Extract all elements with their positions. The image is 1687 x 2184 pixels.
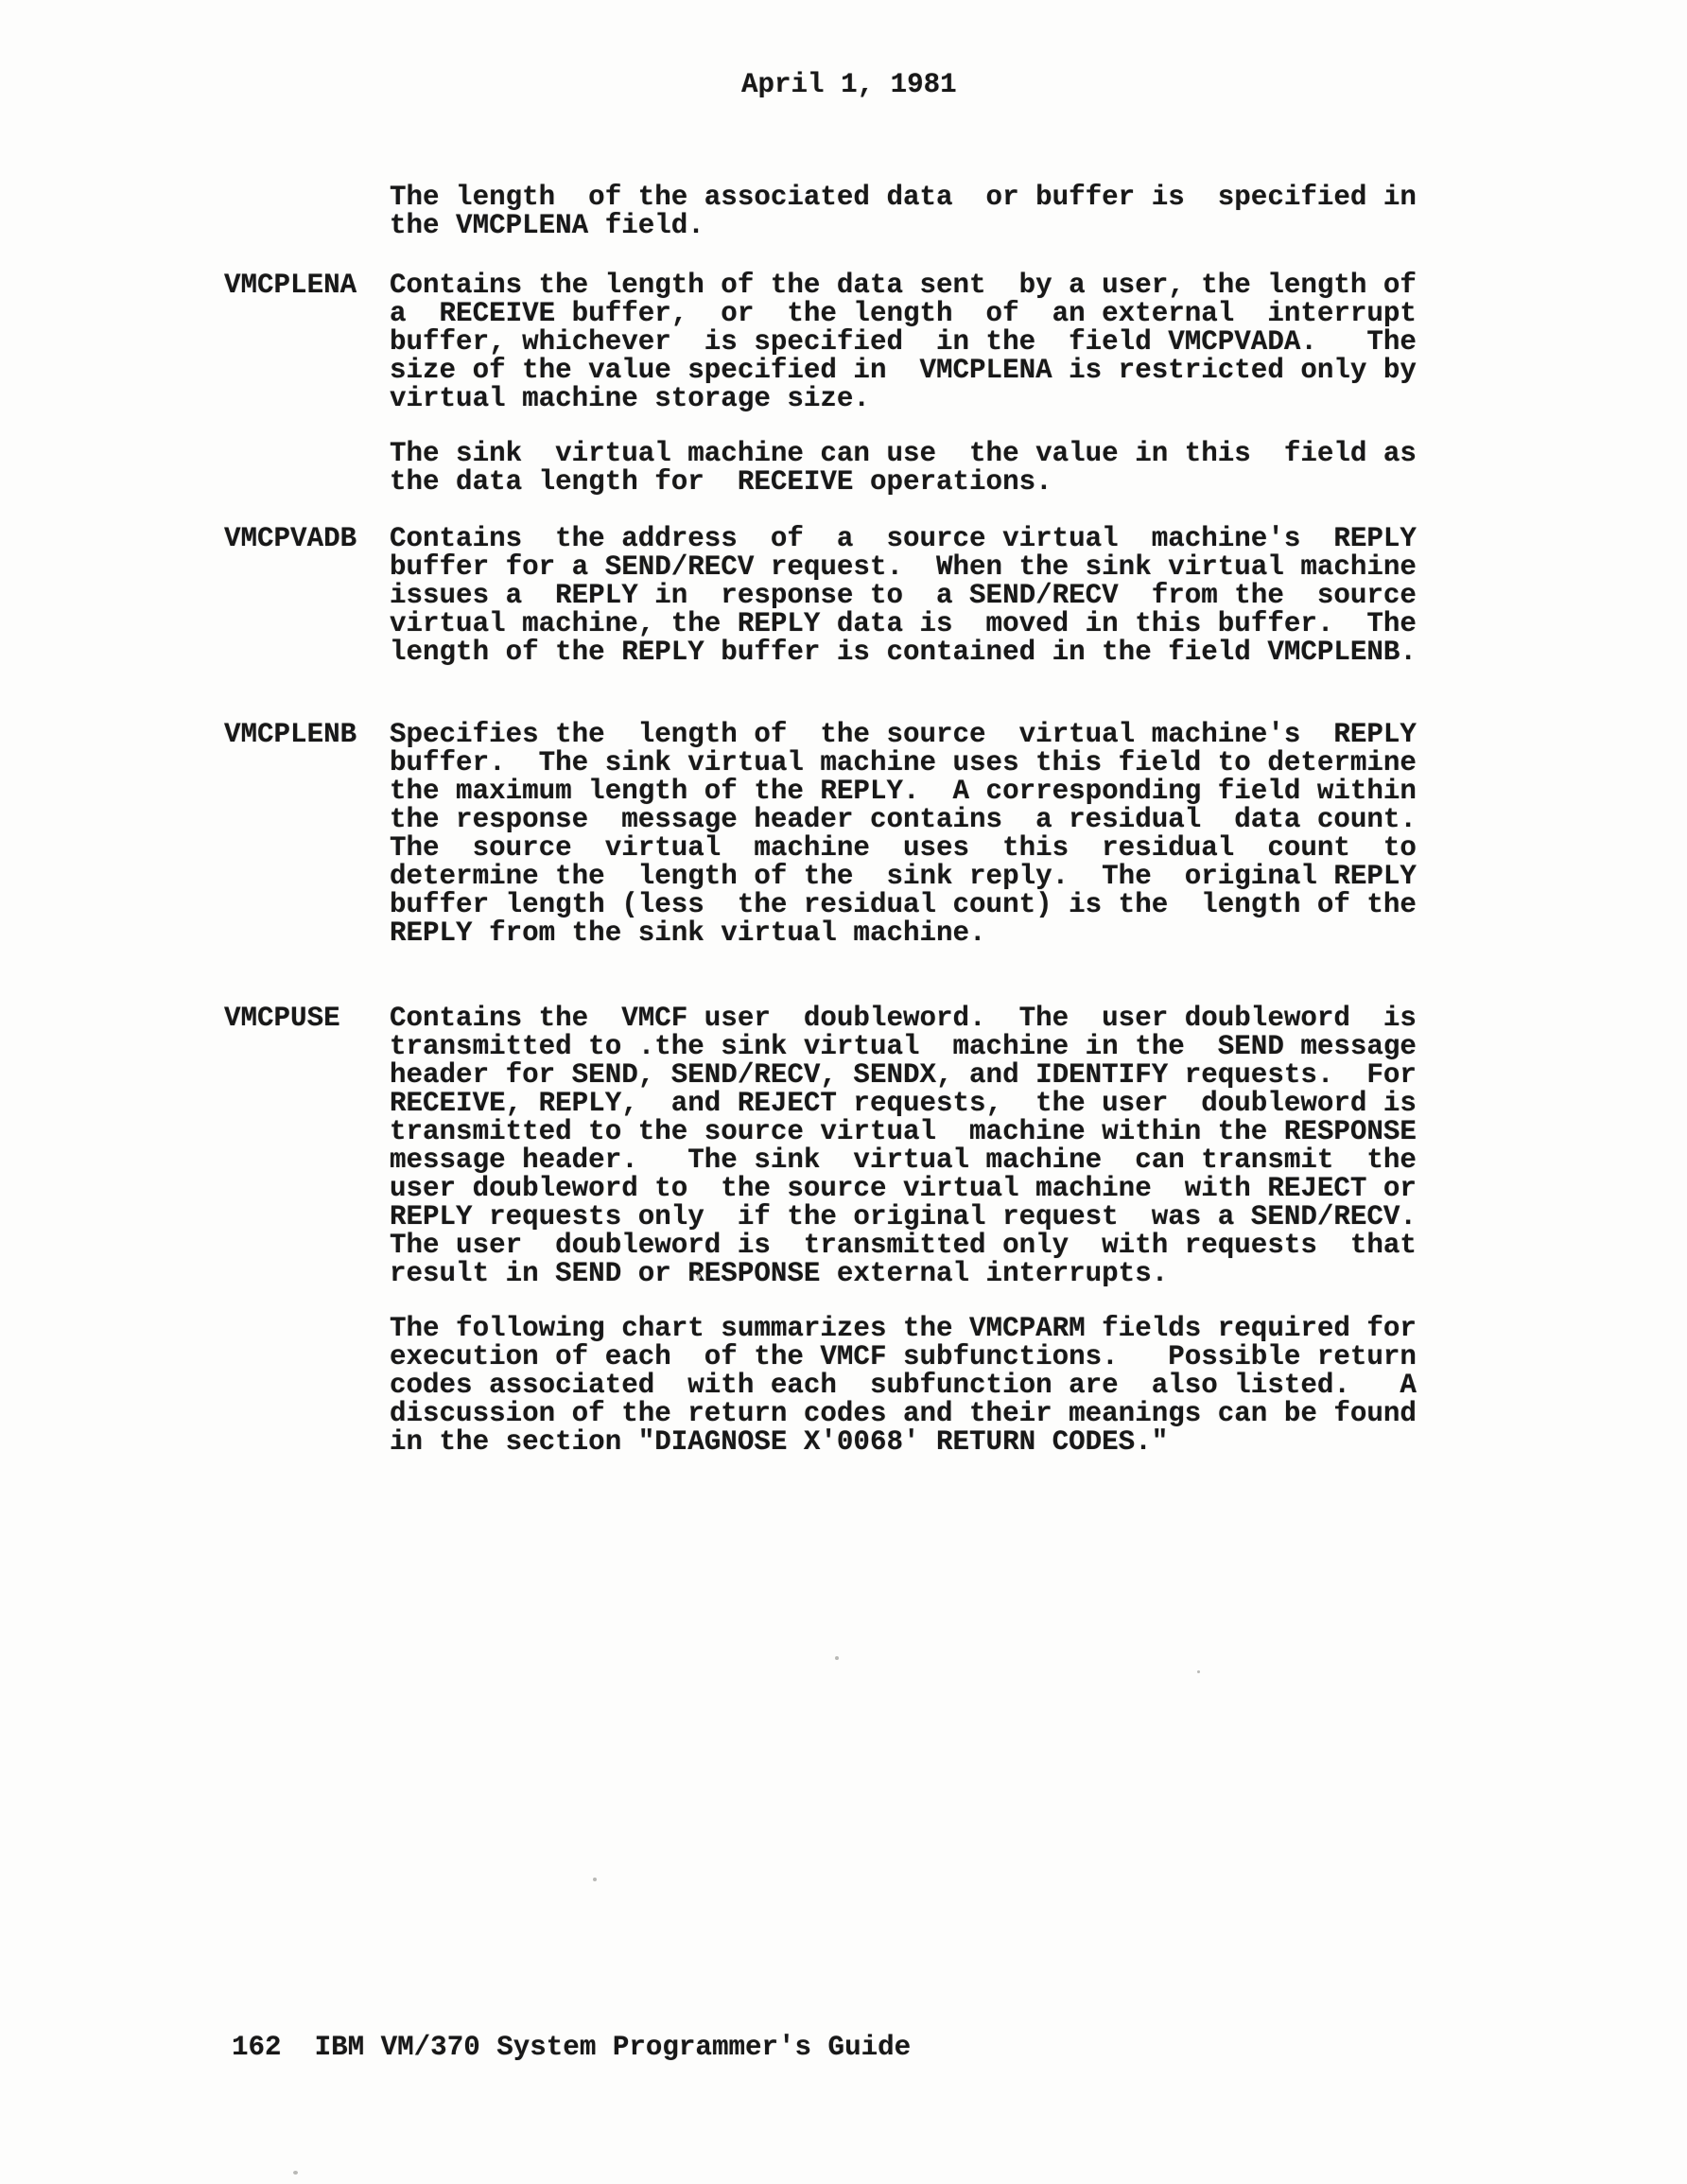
page-footer: 162 IBM VM/370 System Programmer's Guide [232,2034,911,2062]
scanned-manual-page: April 1, 1981 The length of the associat… [0,0,1687,2184]
field-description-vmcpvadb: Contains the address of a source virtual… [390,525,1417,667]
field-description-vmcpuse: Contains the VMCF user doubleword. The u… [390,1005,1417,1288]
scan-speck [1197,1670,1200,1673]
scan-speck [835,1656,839,1660]
field-label-vmcpuse: VMCPUSE [224,1005,340,1033]
page-date: April 1, 1981 [741,71,957,99]
field-label-vmcplenb: VMCPLENB [224,721,357,749]
field-description-vmcplenb: Specifies the length of the source virtu… [390,721,1417,948]
field-description-vmcplena: Contains the length of the data sent by … [390,271,1417,413]
scan-speck [293,2171,298,2175]
scan-speck [593,1878,597,1881]
scan-speck [697,1274,701,1279]
vmcplena-note-paragraph: The sink virtual machine can use the val… [390,440,1417,497]
field-label-vmcpvadb: VMCPVADB [224,525,357,553]
intro-paragraph: The length of the associated data or buf… [390,183,1417,240]
closing-paragraph: The following chart summarizes the VMCPA… [390,1315,1417,1457]
field-label-vmcplena: VMCPLENA [224,271,357,300]
